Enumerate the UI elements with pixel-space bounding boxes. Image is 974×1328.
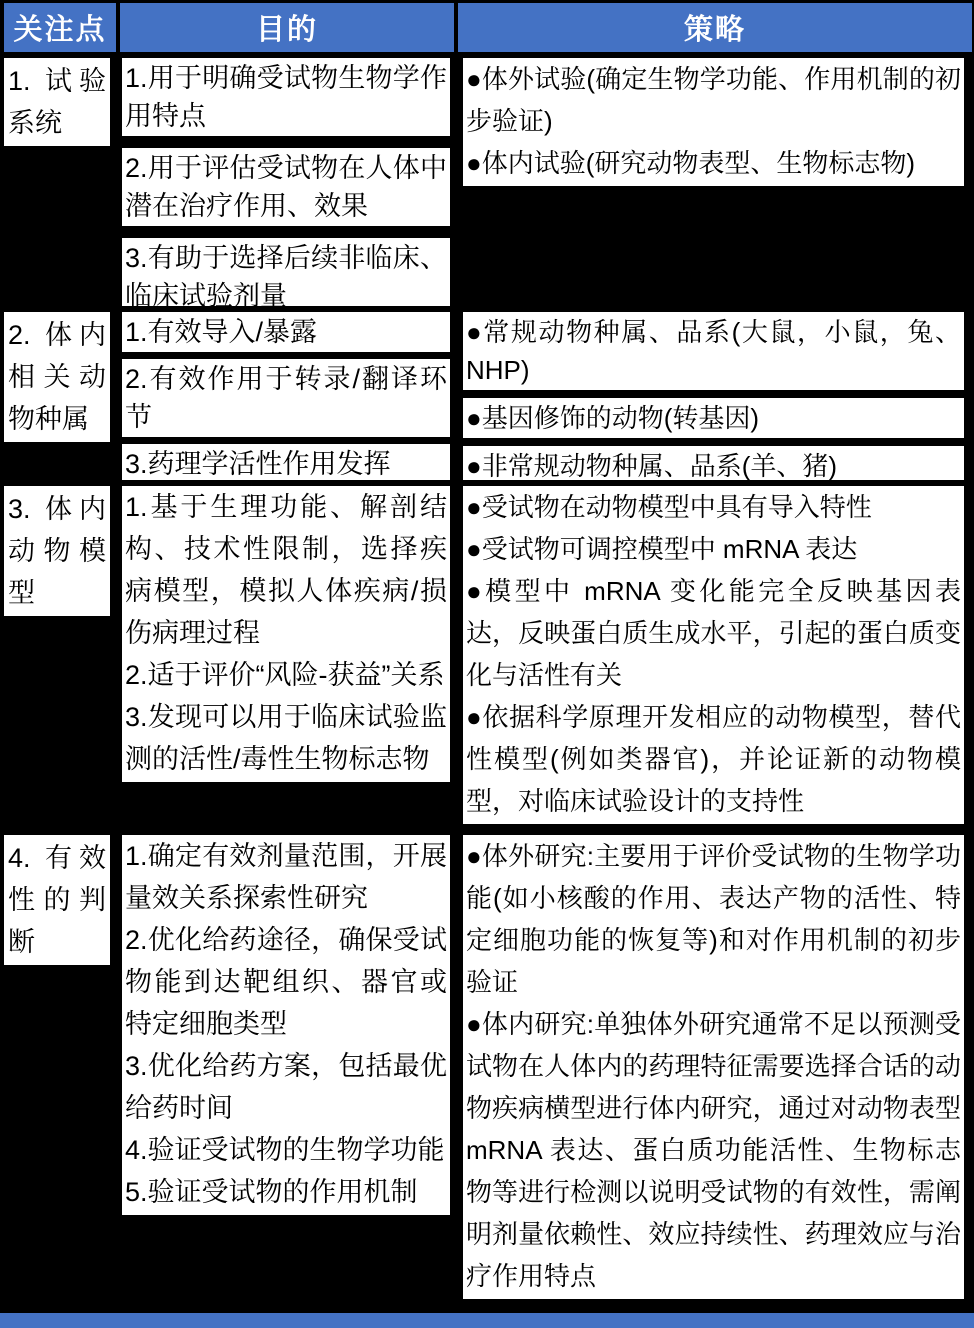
purpose-list: 1.有效导入/暴露 2.有效作用于转录/翻译环节 3.药理学活性作用发挥 <box>122 312 450 480</box>
row2-purpose-cell: 1.有效导入/暴露 2.有效作用于转录/翻译环节 3.药理学活性作用发挥 <box>120 310 454 480</box>
purpose-item: 3.优化给药方案，包括最优给药时间 <box>122 1045 450 1129</box>
purpose-list: 1.确定有效剂量范围，开展量效关系探索性研究 2.优化给药途径，确保受试物能到达… <box>122 835 450 1215</box>
review-focus-table: 关注点 目的 策略 1. 试验系统 1.用于明确受试物生物学作用特点 2.用于评… <box>4 3 972 1310</box>
purpose-item: 2.优化给药途径，确保受试物能到达靶组织、器官或特定细胞类型 <box>122 919 450 1045</box>
row4-strategy-cell: ●体外研究:主要用于评价受试物的生物学功能(如小核酸的作用、表达产物的活性、特定… <box>458 833 972 1310</box>
row2-strategy-cell: ●常规动物种属、品系(大鼠，小鼠，兔、NHP) ●基因修饰的动物(转基因) ●非… <box>458 310 972 480</box>
header-cell-purpose: 目的 <box>120 3 454 52</box>
strategy-item: ●模型中 mRNA 变化能完全反映基因表达，反映蛋白质生成水平，引起的蛋白质变化… <box>463 570 964 696</box>
strategy-item: ●体外研究:主要用于评价受试物的生物学功能(如小核酸的作用、表达产物的活性、特定… <box>463 835 964 1003</box>
purpose-item: 4.验证受试物的生物学功能 <box>122 1129 450 1171</box>
header-cell-focus: 关注点 <box>4 3 116 52</box>
purpose-item: 2.有效作用于转录/翻译环节 <box>122 359 450 437</box>
focus-label: 4. 有效性的判断 <box>4 835 110 965</box>
focus-label: 1. 试验系统 <box>4 58 110 146</box>
strategy-list: ●体外研究:主要用于评价受试物的生物学功能(如小核酸的作用、表达产物的活性、特定… <box>463 835 964 1299</box>
purpose-item: 5.验证受试物的作用机制 <box>122 1171 450 1213</box>
document-page: 关注点 目的 策略 1. 试验系统 1.用于明确受试物生物学作用特点 2.用于评… <box>0 0 974 1328</box>
strategy-item: ●常规动物种属、品系(大鼠，小鼠，兔、NHP) <box>463 312 964 390</box>
row1-focus-cell: 1. 试验系统 <box>4 56 116 306</box>
row1-strategy-cell: ●体外试验(确定生物学功能、作用机制的初步验证) ●体内试验(研究动物表型、生物… <box>458 56 972 306</box>
row2-focus-cell: 2. 体内相关动物种属 <box>4 310 116 480</box>
purpose-item: 3.发现可以用于临床试验监测的活性/毒性生物标志物 <box>122 696 450 780</box>
next-table-header-bar <box>0 1313 974 1328</box>
strategy-item: ●非常规动物种属、品系(羊、猪) <box>463 446 964 480</box>
strategy-item: ●依据科学原理开发相应的动物模型，替代性模型(例如类器官)，并论证新的动物模型，… <box>463 696 964 822</box>
strategy-list: ●体外试验(确定生物学功能、作用机制的初步验证) ●体内试验(研究动物表型、生物… <box>463 58 964 186</box>
row1-purpose-cell: 1.用于明确受试物生物学作用特点 2.用于评估受试物在人体中潜在治疗作用、效果 … <box>120 56 454 306</box>
purpose-item: 2.适于评价“风险-获益”关系 <box>122 654 450 696</box>
purpose-item: 1.基于生理功能、解剖结构、技术性限制，选择疾病模型，模拟人体疾病/损伤病理过程 <box>122 486 450 654</box>
strategy-item: ●受试物在动物模型中具有导入特性 <box>463 486 964 528</box>
row3-focus-cell: 3. 体内动物模型 <box>4 484 116 829</box>
purpose-item: 1.有效导入/暴露 <box>122 312 450 352</box>
focus-label: 2. 体内相关动物种属 <box>4 312 110 442</box>
purpose-item: 1.用于明确受试物生物学作用特点 <box>122 58 450 136</box>
strategy-item: ●基因修饰的动物(转基因) <box>463 398 964 438</box>
focus-label: 3. 体内动物模型 <box>4 486 110 616</box>
purpose-item: 2.用于评估受试物在人体中潜在治疗作用、效果 <box>122 148 450 226</box>
strategy-item: ●体外试验(确定生物学功能、作用机制的初步验证) <box>463 58 964 142</box>
strategy-list: ●常规动物种属、品系(大鼠，小鼠，兔、NHP) ●基因修饰的动物(转基因) ●非… <box>463 312 964 480</box>
purpose-item: 1.确定有效剂量范围，开展量效关系探索性研究 <box>122 835 450 919</box>
purpose-item: 3.药理学活性作用发挥 <box>122 444 450 480</box>
purpose-item: 3.有助于选择后续非临床、临床试验剂量 <box>122 238 450 306</box>
strategy-item: ●体内试验(研究动物表型、生物标志物) <box>463 142 964 184</box>
purpose-list: 1.基于生理功能、解剖结构、技术性限制，选择疾病模型，模拟人体疾病/损伤病理过程… <box>122 486 450 782</box>
row3-strategy-cell: ●受试物在动物模型中具有导入特性 ●受试物可调控模型中 mRNA 表达 ●模型中… <box>458 484 972 829</box>
strategy-item: ●体内研究:单独体外研究通常不足以预测受试物在人体内的药理特征需要选择合话的动物… <box>463 1003 964 1297</box>
strategy-item: ●受试物可调控模型中 mRNA 表达 <box>463 528 964 570</box>
purpose-list: 1.用于明确受试物生物学作用特点 2.用于评估受试物在人体中潜在治疗作用、效果 … <box>122 58 450 306</box>
strategy-list: ●受试物在动物模型中具有导入特性 ●受试物可调控模型中 mRNA 表达 ●模型中… <box>463 486 964 824</box>
row4-purpose-cell: 1.确定有效剂量范围，开展量效关系探索性研究 2.优化给药途径，确保受试物能到达… <box>120 833 454 1310</box>
row3-purpose-cell: 1.基于生理功能、解剖结构、技术性限制，选择疾病模型，模拟人体疾病/损伤病理过程… <box>120 484 454 829</box>
header-cell-strategy: 策略 <box>458 3 972 52</box>
row4-focus-cell: 4. 有效性的判断 <box>4 833 116 1310</box>
